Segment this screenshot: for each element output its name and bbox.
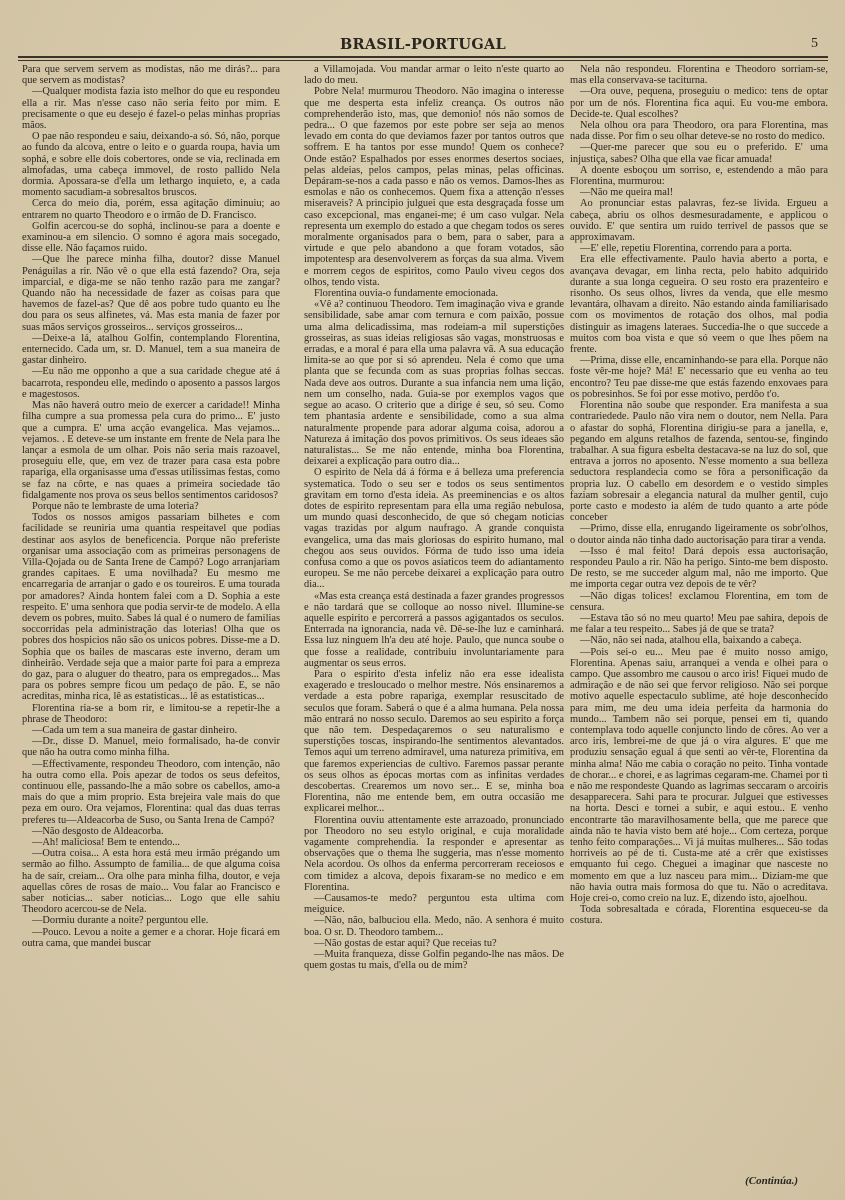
paragraph: —Não desgosto de Aldeacorba. — [22, 826, 280, 837]
column-1: Para que servem servem as modistas, não … — [22, 64, 280, 949]
paragraph: —Estava tão só no meu quarto! Meu pae sa… — [570, 613, 828, 635]
paragraph: a Villamojada. Vou mandar armar o leito … — [304, 64, 564, 86]
paragraph: —Eu não me opponho a que a sua caridade … — [22, 366, 280, 400]
paragraph: —Não digas tolices! exclamou Florentina,… — [570, 591, 828, 613]
paragraph: Nela não respondeu. Florentina e Theodor… — [570, 64, 828, 86]
paragraph: Toda sobresaltada e córada, Florentina e… — [570, 904, 828, 926]
newspaper-page: BRASIL-PORTUGAL 5 Para que servem servem… — [0, 0, 845, 1200]
paragraph: —Não, não sei nada, atalhou ella, baixan… — [570, 635, 828, 646]
paragraph: Florentina ouviu attentamente este arraz… — [304, 815, 564, 893]
paragraph: A doente esboçou um sorriso, e, estenden… — [570, 165, 828, 187]
paragraph: Florentina ria-se a bom rir, e limitou-s… — [22, 703, 280, 725]
publication-title: BRASIL-PORTUGAL — [18, 36, 828, 53]
column-3: Nela não respondeu. Florentina e Theodor… — [570, 64, 828, 927]
paragraph: —Deixe-a lá, atalhou Golfin, contempland… — [22, 333, 280, 367]
paragraph: Ao pronunciar estas palavras, fez-se liv… — [570, 198, 828, 243]
paragraph: —Não gostas de estar aqui? Que receias t… — [304, 938, 564, 949]
paragraph: —Qualquer modista fazia isto melhor do q… — [22, 86, 280, 131]
paragraph: —Ora ouve, pequena, proseguiu o medico: … — [570, 86, 828, 120]
paragraph: Pobre Nela! murmurou Theodoro. Não imagi… — [304, 86, 564, 288]
paragraph: —Primo, disse ella, enrugando ligeiramen… — [570, 523, 828, 545]
paragraph: —Cada um tem a sua maneira de gastar din… — [22, 725, 280, 736]
article-columns: Para que servem servem as modistas, não … — [22, 64, 828, 1184]
paragraph: Para o espirito d'esta infeliz não era e… — [304, 669, 564, 815]
paragraph: Nela olhou ora para Theodoro, ora para F… — [570, 120, 828, 142]
column-2: a Villamojada. Vou mandar armar o leito … — [304, 64, 564, 971]
paragraph: —Dormiu durante a noite? perguntou elle. — [22, 915, 280, 926]
paragraph: —Outra coisa... A esta hora está meu irm… — [22, 848, 280, 915]
paragraph: Mas não haverá outro meio de exercer a c… — [22, 400, 280, 501]
paragraph: Para que servem servem as modistas, não … — [22, 64, 280, 86]
paragraph: Cerca do meio dia, porém, essa agitação … — [22, 198, 280, 220]
paragraph: «Vê a? continuou Theodoro. Tem imaginaçã… — [304, 299, 564, 467]
paragraph: Florentina ouvia-o fundamente emocionada… — [304, 288, 564, 299]
header-rule-thin — [18, 60, 828, 61]
paragraph: —Não me queira mal! — [570, 187, 828, 198]
paragraph: Era elle effectivamente. Paulo havia abe… — [570, 254, 828, 355]
paragraph: O espirito de Nela dá á fórma e á bellez… — [304, 467, 564, 590]
paragraph: —E' elle, repetiu Florentina, correndo p… — [570, 243, 828, 254]
paragraph: —Que lhe parece minha filha, doutor? dis… — [22, 254, 280, 332]
paragraph: —Pouco. Levou a noite a gemer e a chorar… — [22, 927, 280, 949]
paragraph: —Muita franqueza, disse Golfin pegando-l… — [304, 949, 564, 971]
header-rule-thick — [18, 56, 828, 58]
paragraph: —Isso é mal feito! Dará depois essa auct… — [570, 546, 828, 591]
paragraph: Porque não te lembraste de uma loteria? — [22, 501, 280, 512]
page-number: 5 — [811, 36, 818, 52]
paragraph: Todos os nossos amigos passariam bilhete… — [22, 512, 280, 702]
paragraph: —Dr., disse D. Manuel, meio formalisado,… — [22, 736, 280, 758]
paragraph: —Prima, disse elle, encaminhando-se para… — [570, 355, 828, 400]
paragraph: O pae não respondeu e saiu, deixando-a s… — [22, 131, 280, 198]
paragraph: —Não, não, balbuciou ella. Medo, não. A … — [304, 915, 564, 937]
continued-note: (Continúa.) — [745, 1175, 798, 1187]
paragraph: —Causamos-te medo? perguntou esta ultima… — [304, 893, 564, 915]
paragraph: Florentina não soube que responder. Era … — [570, 400, 828, 523]
paragraph: Golfin acercou-se do sophá, inclinou-se … — [22, 221, 280, 255]
paragraph: «Mas esta creança está destinada a fazer… — [304, 591, 564, 669]
paragraph: —Ah! maliciosa! Bem te entendo... — [22, 837, 280, 848]
paragraph: —Effectivamente, respondeu Theodoro, com… — [22, 759, 280, 826]
paragraph: —Quer-me parecer que sou eu o preferido.… — [570, 142, 828, 164]
paragraph: —Pois sei-o eu... Meu pae é muito nosso … — [570, 647, 828, 905]
